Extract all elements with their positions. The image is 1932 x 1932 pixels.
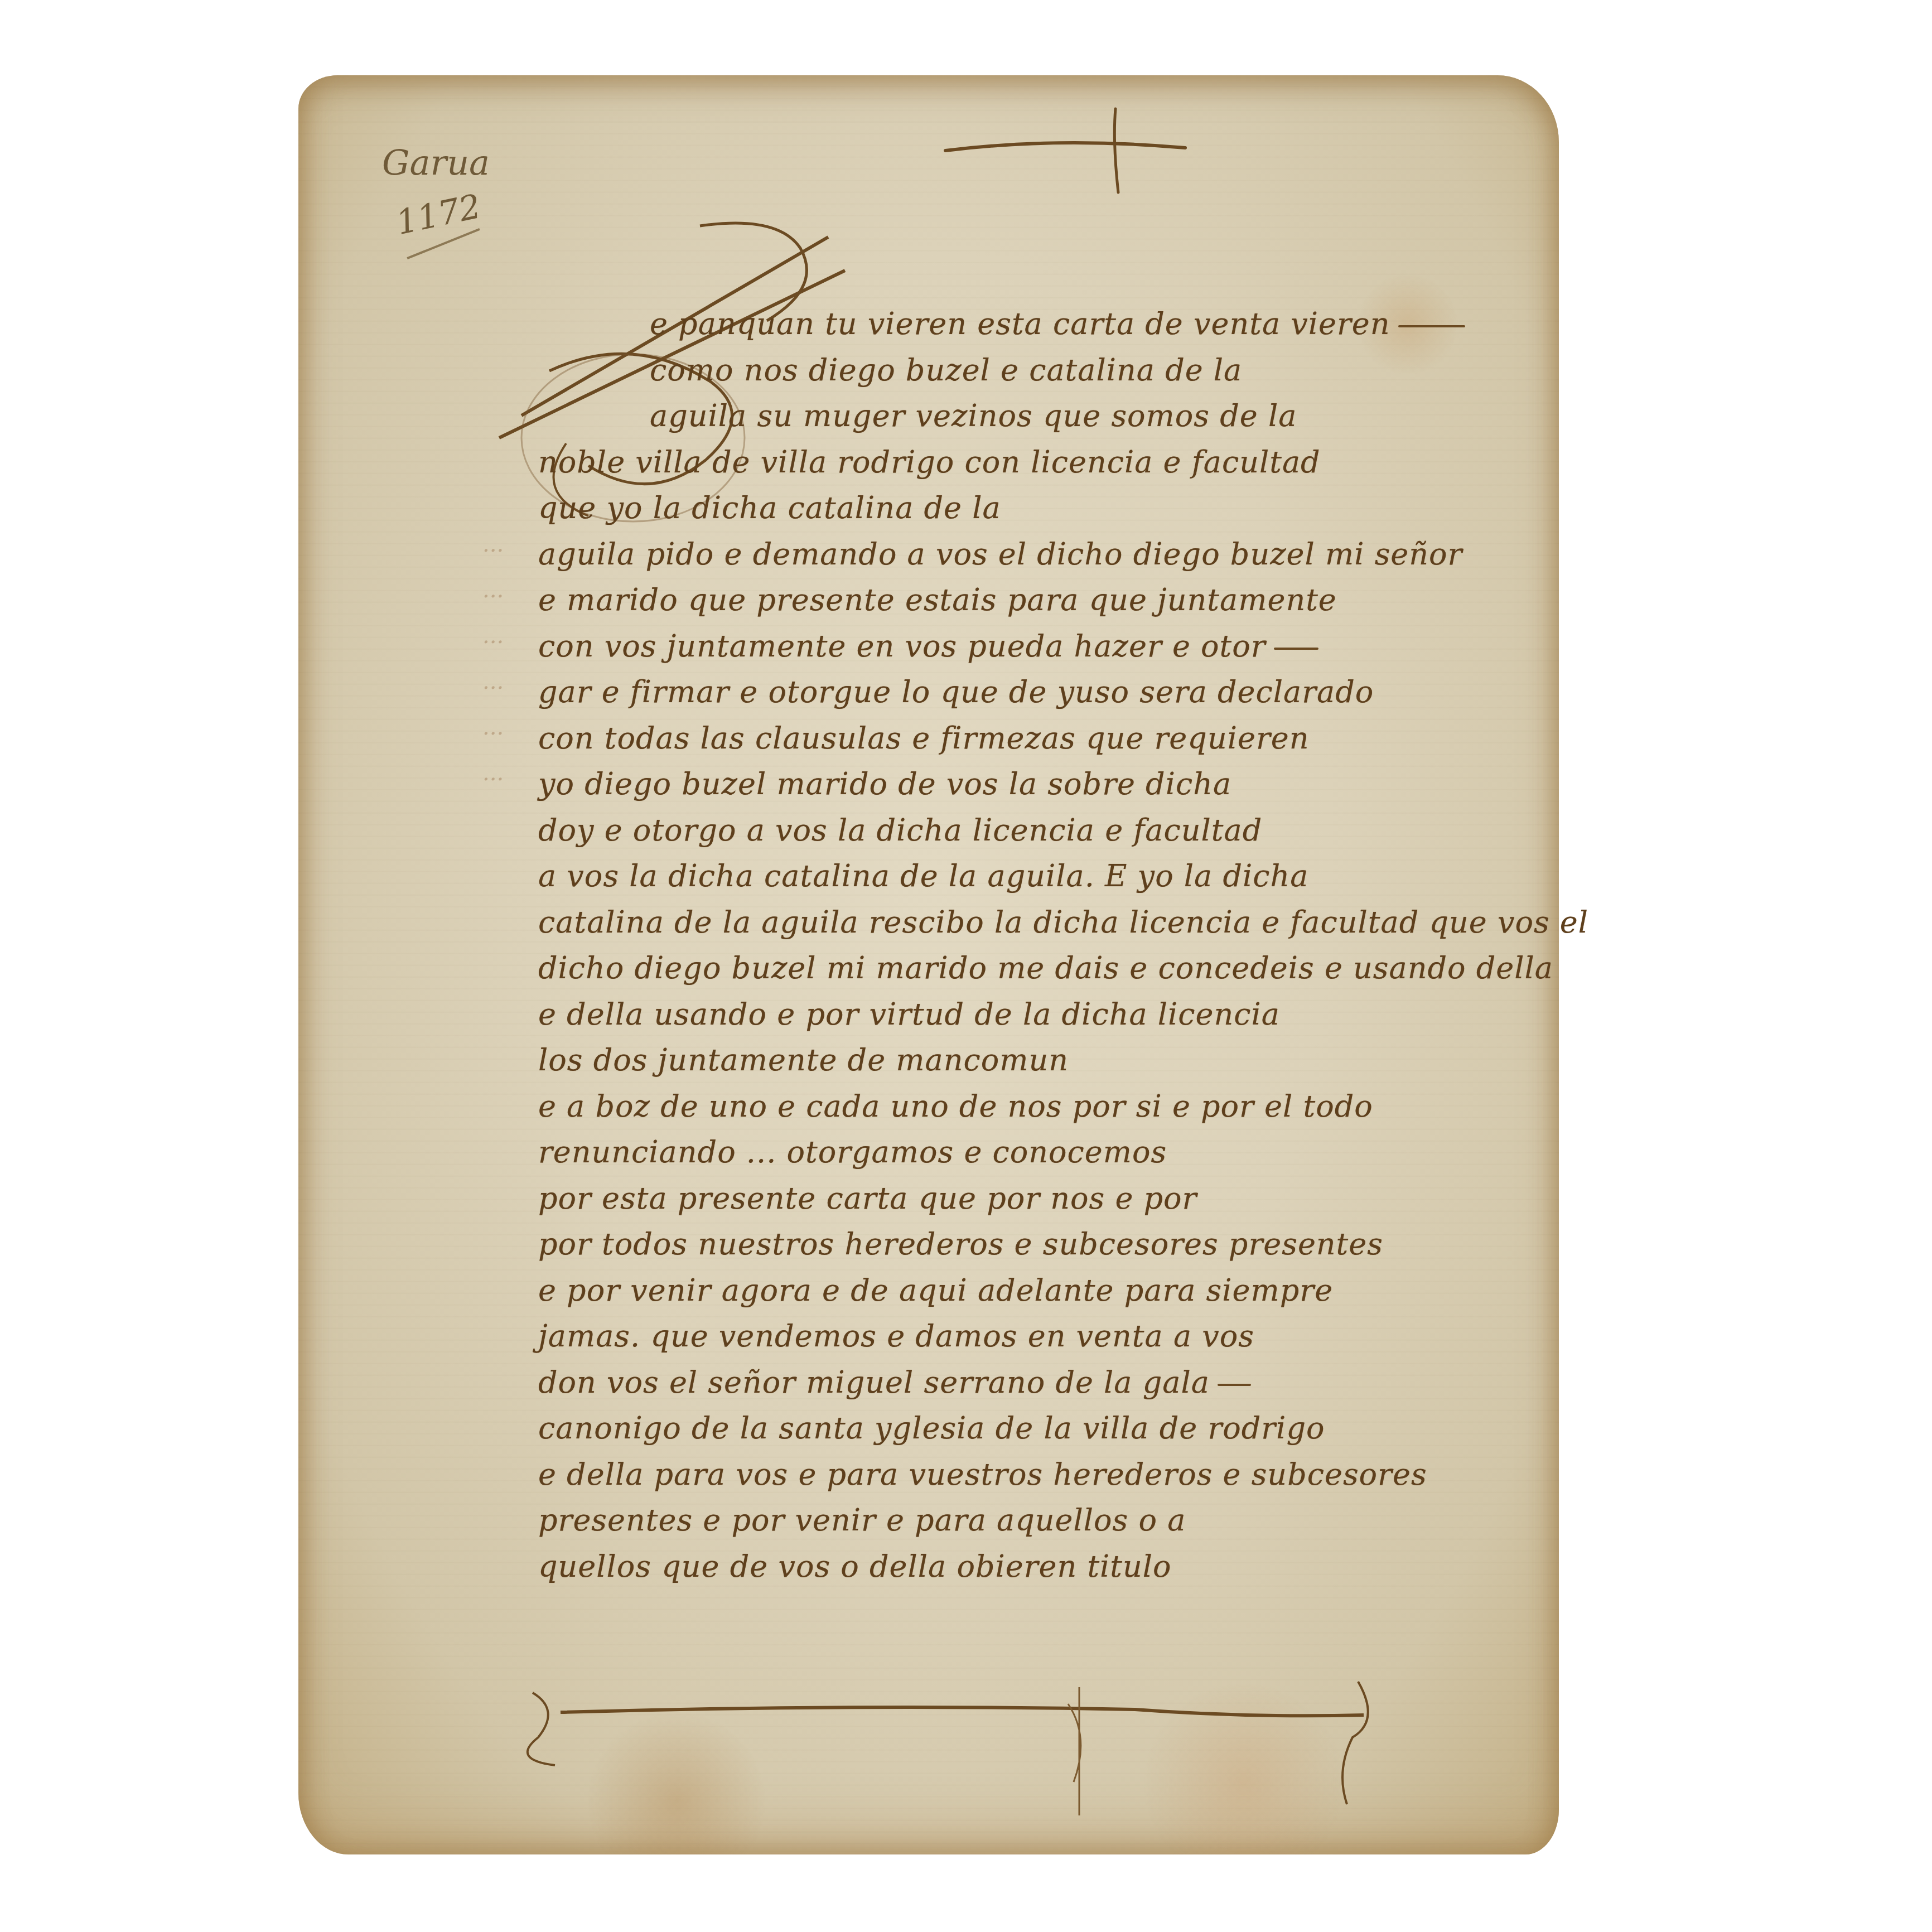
text-line: noble villa de villa rodrigo con licenci… [538,439,1531,486]
text-line: e panquan tu vieren esta carta de venta … [538,301,1531,347]
text-line: dicho diego buzel mi marido me dais e co… [538,945,1531,992]
text-line: a vos la dicha catalina de la aguila. E … [538,853,1531,900]
text-line: como nos diego buzel e catalina de la [538,347,1531,394]
text-line: yo diego buzel marido de vos la sobre di… [538,761,1531,808]
text-line: con todas las clausulas e firmezas que r… [538,716,1531,762]
text-line: por esta presente carta que por nos e po… [538,1176,1531,1222]
text-line: canonigo de la santa yglesia de la villa… [538,1405,1531,1452]
text-line: doy e otorgo a vos la dicha licencia e f… [538,808,1531,854]
text-line: e a boz de uno e cada uno de nos por si … [538,1084,1531,1130]
invocation-cross-icon [923,98,1258,209]
text-line: por todos nuestros herederos e subcesore… [538,1221,1531,1268]
text-line: e della usando e por virtud de la dicha … [538,992,1531,1038]
text-line: e marido que presente estais para que ju… [538,577,1531,624]
text-line: jamas. que vendemos e damos en venta a v… [538,1313,1531,1360]
text-line: con vos juntamente en vos pueda hazer e … [538,624,1531,670]
text-line: renunciando ... otorgamos e conocemos [538,1129,1531,1176]
text-line: aguila su muger vezinos que somos de la [538,393,1531,439]
manuscript-text-block: e panquan tu vieren esta carta de venta … [538,301,1531,1590]
text-line: quellos que de vos o della obieren titul… [538,1544,1531,1590]
text-line: aguila pido e demando a vos el dicho die… [538,532,1531,578]
text-line: don vos el señor miguel serrano de la ga… [538,1360,1531,1406]
closing-flourishes-icon [298,1670,1559,1854]
text-line: presentes e por venir e para aquellos o … [538,1498,1531,1544]
text-line: gar e firmar e otorgue lo que de yuso se… [538,669,1531,716]
margin-note-name: Garua [382,142,490,183]
manuscript-page: Garua 1172 ... ... ... ... ... ... e pan… [298,75,1559,1854]
text-line: los dos juntamente de mancomun [538,1037,1531,1084]
text-line: e por venir agora e de aqui adelante par… [538,1268,1531,1314]
text-line: catalina de la aguila rescibo la dicha l… [538,900,1531,946]
text-line: que yo la dicha catalina de la [538,485,1531,532]
text-line: e della para vos e para vuestros hereder… [538,1452,1531,1498]
